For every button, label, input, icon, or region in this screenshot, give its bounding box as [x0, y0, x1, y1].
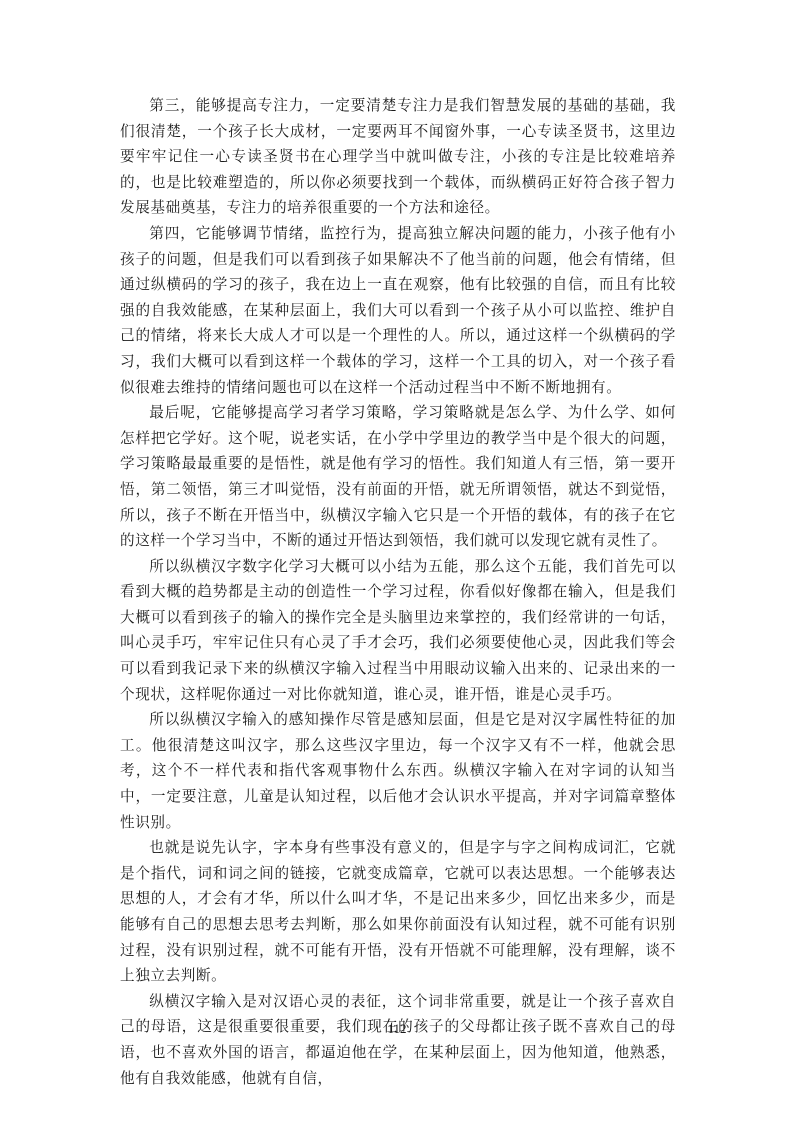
document-body: 第三，能够提高专注力，一定要清楚专注力是我们智慧发展的基础的基础，我们很清楚，一…: [120, 93, 676, 1091]
paragraph-learning-strategy: 最后呢，它能够提高学习者学习策略，学习策略就是怎么学、为什么学、如何怎样把它学好…: [120, 400, 676, 554]
paragraph-focus: 第三，能够提高专注力，一定要清楚专注力是我们智慧发展的基础的基础，我们很清楚，一…: [120, 93, 676, 221]
page-number: 112: [0, 1021, 794, 1037]
paragraph-recognition: 也就是说先认字，字本身有些事没有意义的，但是字与字之间构成词汇，它就是个指代，词…: [120, 835, 676, 989]
paragraph-perception: 所以纵横汉字输入的感知操作尽管是感知层面，但是它是对汉字属性特征的加工。他很清楚…: [120, 707, 676, 835]
paragraph-mother-tongue: 纵横汉字输入是对汉语心灵的表征，这个词非常重要，就是让一个孩子喜欢自己的母语，这…: [120, 989, 676, 1091]
paragraph-five-abilities: 所以纵横汉字数字化学习大概可以小结为五能，那么这个五能，我们首先可以看到大概的趋…: [120, 554, 676, 708]
paragraph-emotion-regulation: 第四，它能够调节情绪，监控行为，提高独立解决问题的能力，小孩子他有小孩子的问题，…: [120, 221, 676, 400]
